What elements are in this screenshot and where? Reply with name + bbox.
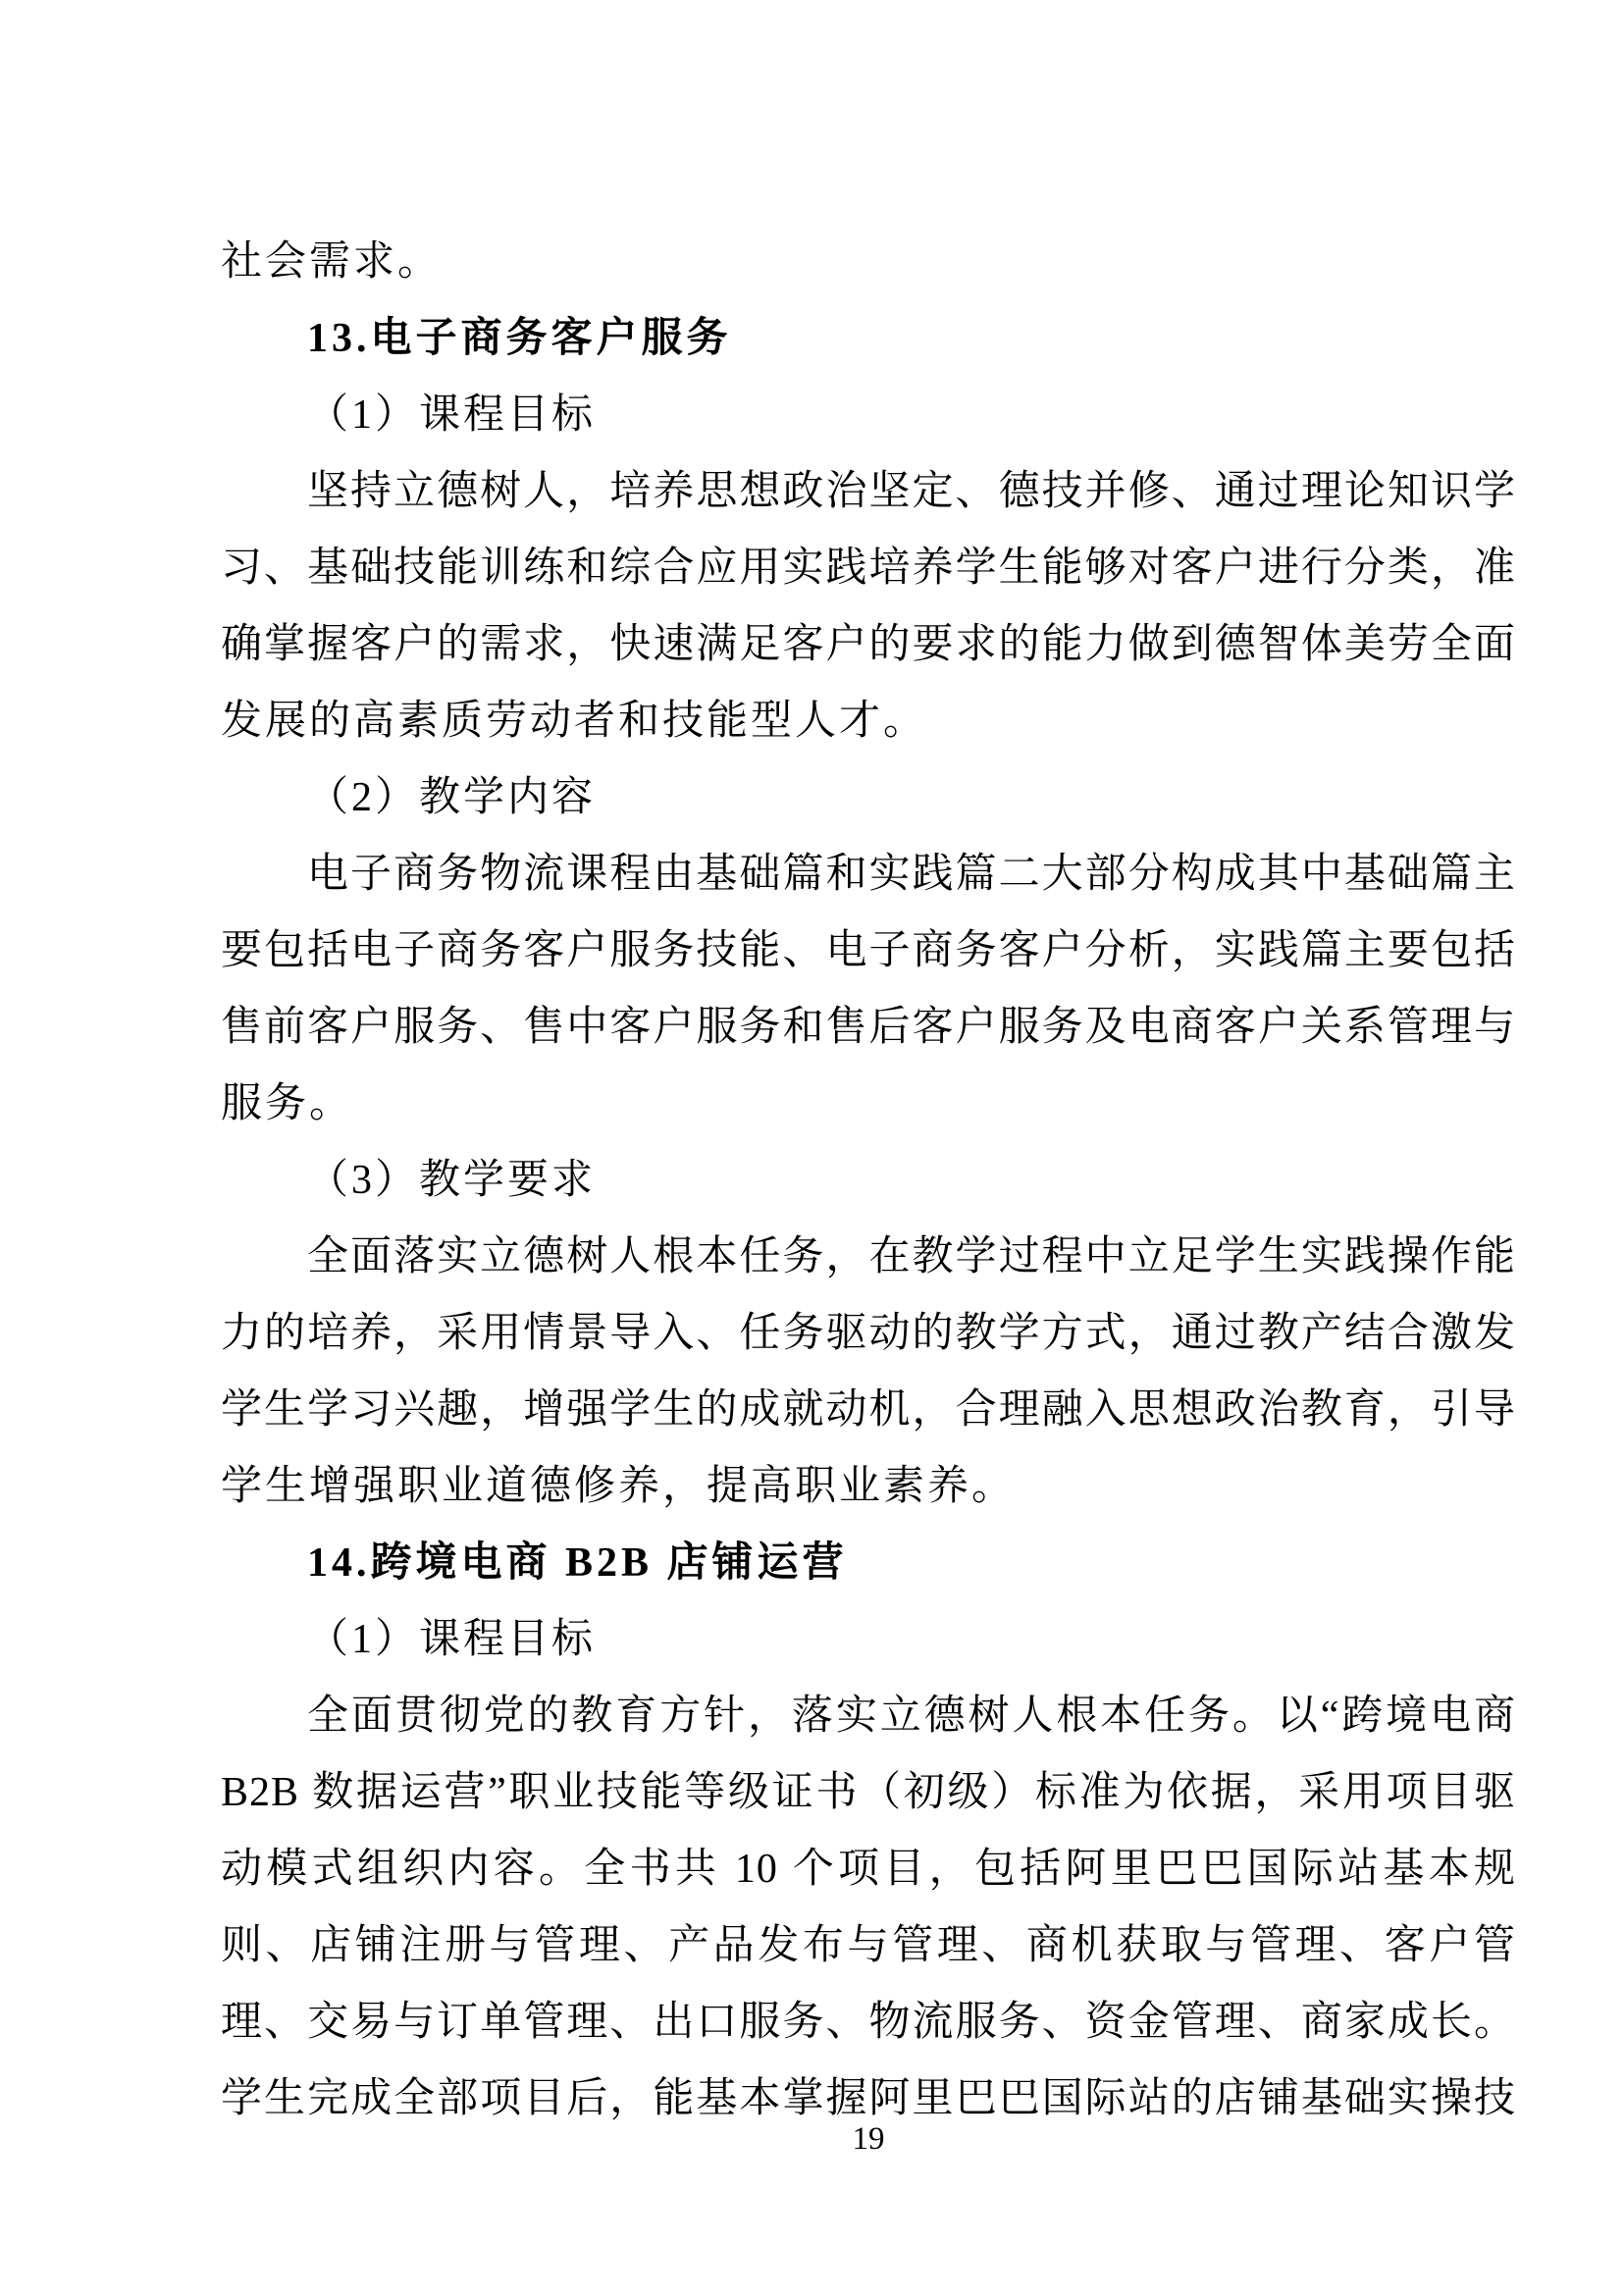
paragraph-line: 理、交易与订单管理、出口服务、物流服务、资金管理、商家成长。 [221,1984,1516,2060]
section-heading-13: 13.电子商务客户服务 [221,300,1516,377]
subsection-label: （1）课程目标 [221,377,1516,453]
paragraph-line: B2B 数据运营”职业技能等级证书（初级）标准为依据，采用项目驱 [221,1754,1516,1831]
paragraph-line: 则、店铺注册与管理、产品发布与管理、商机获取与管理、客户管 [221,1907,1516,1984]
paragraph-line: 坚持立德树人，培养思想政治坚定、德技并修、通过理论知识学 [221,453,1516,530]
subsection-label: （3）教学要求 [221,1142,1516,1219]
paragraph-line: 力的培养，采用情景导入、任务驱动的教学方式，通过教产结合激发 [221,1295,1516,1372]
document-content: 社会需求。 13.电子商务客户服务 （1）课程目标 坚持立德树人，培养思想政治坚… [221,224,1516,2137]
paragraph-line: 全面落实立德树人根本任务，在教学过程中立足学生实践操作能 [221,1219,1516,1295]
paragraph-line: 社会需求。 [221,224,1516,300]
document-page: 社会需求。 13.电子商务客户服务 （1）课程目标 坚持立德树人，培养思想政治坚… [0,0,1624,2295]
paragraph-line: 确掌握客户的需求，快速满足客户的要求的能力做到德智体美劳全面 [221,606,1516,683]
subsection-label: （1）课程目标 [221,1601,1516,1678]
paragraph-line: 动模式组织内容。全书共 10 个项目，包括阿里巴巴国际站基本规 [221,1831,1516,1907]
paragraph-line: 学生学习兴趣，增强学生的成就动机，合理融入思想政治教育，引导 [221,1372,1516,1448]
page-number: 19 [221,2117,1516,2161]
paragraph-line: 习、基础技能训练和综合应用实践培养学生能够对客户进行分类，准 [221,530,1516,606]
paragraph-line: 售前客户服务、售中客户服务和售后客户服务及电商客户关系管理与 [221,989,1516,1066]
paragraph-line: 全面贯彻党的教育方针，落实立德树人根本任务。以“跨境电商 [221,1678,1516,1754]
paragraph-line: 学生增强职业道德修养，提高职业素养。 [221,1448,1516,1525]
paragraph-line: 电子商务物流课程由基础篇和实践篇二大部分构成其中基础篇主 [221,836,1516,913]
section-heading-14: 14.跨境电商 B2B 店铺运营 [221,1525,1516,1601]
subsection-label: （2）教学内容 [221,759,1516,836]
paragraph-line: 服务。 [221,1066,1516,1142]
paragraph-line: 发展的高素质劳动者和技能型人才。 [221,683,1516,759]
paragraph-line: 要包括电子商务客户服务技能、电子商务客户分析，实践篇主要包括 [221,913,1516,989]
